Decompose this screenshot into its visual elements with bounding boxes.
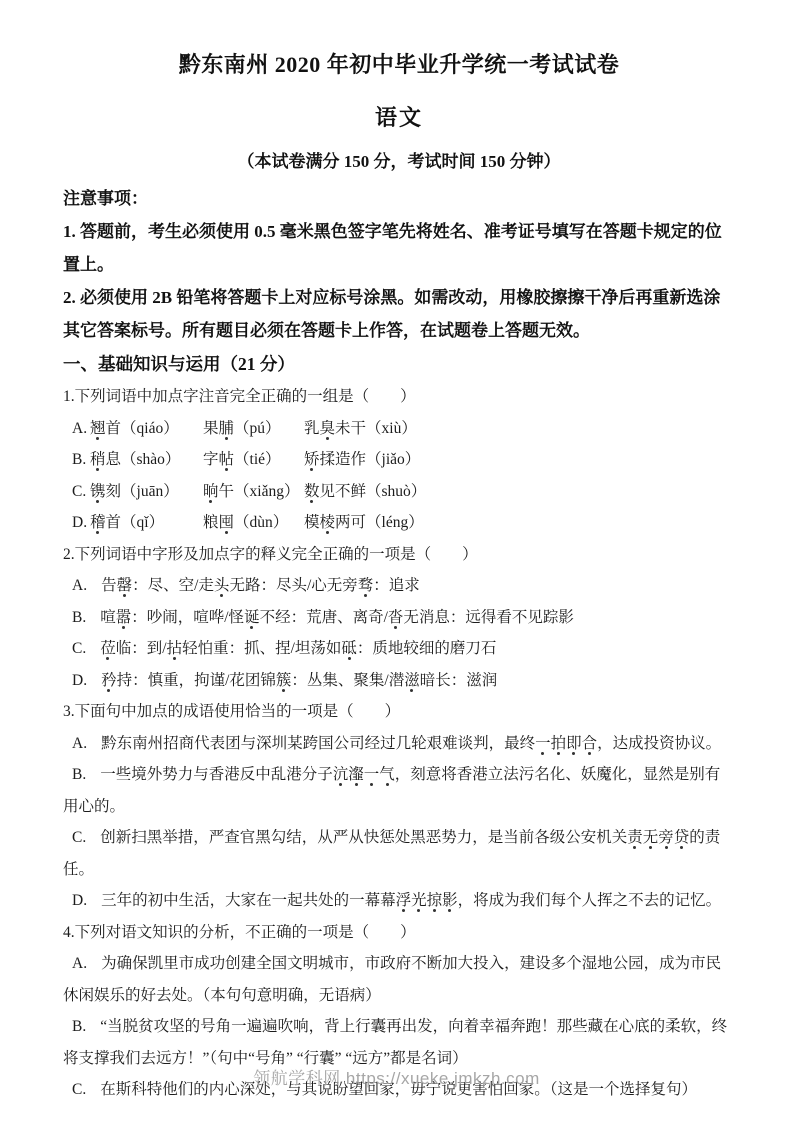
option-cell: 粮囤（dùn） — [203, 507, 304, 539]
option-text: 三年的初中生活，大家在一起共处的一幕幕浮光掠影，将成为我们每个人挥之不去的记忆。 — [101, 892, 721, 909]
option-text: 为确保凯里市成功创建全国文明城市，市政府不断加大投入，建设多个湿地公园，成为市民… — [63, 955, 721, 1004]
emphasized-char: 掠 — [427, 892, 443, 909]
option-row: A.为确保凯里市成功创建全国文明城市，市政府不断加大投入，建设多个湿地公园，成为… — [63, 948, 735, 1011]
emphasized-char: 滋 — [404, 672, 420, 689]
question-3: 3.下面句中加点的成语使用恰当的一项是（ ）A.黔东南州招商代表团与深圳某跨国公… — [63, 696, 735, 917]
emphasized-char: 脯 — [219, 420, 235, 437]
exam-meta: （本试卷满分 150 分，考试时间 150 分钟） — [63, 147, 735, 172]
option-text: 黔东南州招商代表团与深圳某跨国公司经过几轮艰难谈判，最终一拍即合，达成投资协议。 — [101, 735, 721, 752]
option-cell: 晌午（xiǎng） — [203, 476, 304, 508]
questions: 1.下列词语中加点字注音完全正确的一组是（ ）A.翘首（qiáo）果脯（pú）乳… — [63, 381, 735, 1106]
option-row: D.矜持：慎重，拘谨/花团锦簇：丛集、聚集/潜滋暗长：滋润 — [63, 665, 735, 697]
option-cell: 模棱两可（léng） — [304, 507, 424, 539]
emphasized-char: 一 — [364, 766, 380, 783]
option-cell: 稍息（shào） — [90, 444, 203, 476]
emphasized-char: 翘 — [90, 420, 106, 437]
option-row: C.镌刻（juān）晌午（xiǎng）数见不鲜（shuò） — [63, 476, 735, 508]
option-text: 一些境外势力与香港反中乱港分子沆瀣一气，刻意将香港立法污名化、妖魔化，显然是别有… — [63, 766, 720, 815]
option-label: A. — [72, 413, 90, 445]
question-stem: 1.下列词语中加点字注音完全正确的一组是（ ） — [63, 381, 735, 413]
emphasized-char: 数 — [304, 483, 320, 500]
emphasized-char: 嚣 — [116, 609, 132, 626]
option-row: C.创新扫黑举措，严查官黑勾结，从严从快惩处黑恶势力，是当前各级公安机关责无旁贷… — [63, 822, 735, 885]
question-stem: 4.下列对语文知识的分析，不正确的一项是（ ） — [63, 917, 735, 949]
emphasized-char: 稍 — [90, 451, 106, 468]
emphasized-char: 矜 — [101, 672, 117, 689]
emphasized-char: 贷 — [674, 829, 690, 846]
exam-page: 黔东南州 2020 年初中毕业升学统一考试试卷 语文 （本试卷满分 150 分，… — [0, 0, 793, 1122]
emphasized-char: 光 — [411, 892, 427, 909]
notice-item-1: 1. 答题前，考生必须使用 0.5 毫米黑色签字笔先将姓名、准考证号填写在答题卡… — [63, 215, 735, 281]
option-row: B.一些境外势力与香港反中乱港分子沆瀣一气，刻意将香港立法污名化、妖魔化，显然是… — [63, 759, 735, 822]
emphasized-char: 一 — [535, 735, 551, 752]
emphasized-char: 即 — [566, 735, 582, 752]
emphasized-char: 合 — [582, 735, 598, 752]
option-label: C. — [72, 829, 86, 846]
option-cell: 稽首（qǐ） — [90, 507, 203, 539]
option-cell: 字帖（tié） — [203, 444, 304, 476]
option-text: 告罄：尽、空/走头无路：尽头/心无旁骛：追求 — [101, 577, 420, 594]
option-label: D. — [72, 672, 87, 689]
option-label: A. — [72, 577, 87, 594]
option-label: B. — [72, 766, 86, 783]
emphasized-char: 矫 — [304, 451, 320, 468]
emphasized-char: 罄 — [117, 577, 133, 594]
watermark-text: 领航学科网 https://xueke.jmkzh.com — [253, 1069, 540, 1088]
emphasized-char: 拍 — [551, 735, 567, 752]
emphasized-char: 沆 — [333, 766, 349, 783]
emphasized-char: 沓 — [388, 609, 404, 626]
option-text: 喧嚣：吵闹，喧哗/怪诞不经：荒唐、离奇/沓无消息：远得看不见踪影 — [100, 609, 574, 626]
option-label: B. — [72, 609, 86, 626]
emphasized-char: 头 — [214, 577, 230, 594]
emphasized-char: 气 — [379, 766, 395, 783]
emphasized-char: 影 — [442, 892, 458, 909]
watermark: 领航学科网 https://xueke.jmkzh.com — [0, 1064, 793, 1089]
option-label: B. — [72, 444, 90, 476]
option-label: D. — [72, 507, 90, 539]
emphasized-char: 砥 — [341, 640, 357, 657]
question-stem: 2.下列词语中字形及加点字的释义完全正确的一项是（ ） — [63, 539, 735, 571]
option-cell: 翘首（qiáo） — [90, 413, 203, 445]
emphasized-char: 棱 — [320, 514, 336, 531]
emphasized-char: 晌 — [203, 483, 219, 500]
emphasized-char: 拈 — [167, 640, 183, 657]
option-cell: 果脯（pú） — [203, 413, 304, 445]
emphasized-char: 瀣 — [348, 766, 364, 783]
option-cell: 镌刻（juān） — [90, 476, 203, 508]
option-row: C.莅临：到/拈轻怕重：抓、捏/坦荡如砥：质地较细的磨刀石 — [63, 633, 735, 665]
question-2: 2.下列词语中字形及加点字的释义完全正确的一项是（ ）A.告罄：尽、空/走头无路… — [63, 539, 735, 697]
option-row: D.三年的初中生活，大家在一起共处的一幕幕浮光掠影，将成为我们每个人挥之不去的记… — [63, 885, 735, 917]
option-label: C. — [72, 476, 90, 508]
emphasized-char: 稽 — [90, 514, 106, 531]
question-1: 1.下列词语中加点字注音完全正确的一组是（ ）A.翘首（qiáo）果脯（pú）乳… — [63, 381, 735, 539]
option-row: B.喧嚣：吵闹，喧哗/怪诞不经：荒唐、离奇/沓无消息：远得看不见踪影 — [63, 602, 735, 634]
emphasized-char: 簇 — [276, 672, 292, 689]
emphasized-char: 骛 — [358, 577, 374, 594]
emphasized-char: 旁 — [658, 829, 674, 846]
emphasized-char: 囤 — [219, 514, 235, 531]
option-text: 创新扫黑举措，严查官黑勾结，从严从快惩处黑恶势力，是当前各级公安机关责无旁贷的责… — [63, 829, 720, 878]
emphasized-char: 责 — [627, 829, 643, 846]
option-label: B. — [72, 1018, 86, 1035]
option-label: D. — [72, 892, 87, 909]
option-row: A.告罄：尽、空/走头无路：尽头/心无旁骛：追求 — [63, 570, 735, 602]
option-cell: 乳臭未干（xiù） — [304, 413, 417, 445]
emphasized-char: 臭 — [320, 420, 336, 437]
option-cell: 数见不鲜（shuò） — [304, 476, 426, 508]
emphasized-char: 帖 — [219, 451, 235, 468]
emphasized-char: 莅 — [100, 640, 116, 657]
emphasized-char: 诞 — [244, 609, 260, 626]
option-text: “当脱贫攻坚的号角一遍遍吹响，背上行囊再出发，向着幸福奔跑！那些藏在心底的柔软，… — [63, 1018, 727, 1067]
emphasized-char: 无 — [643, 829, 659, 846]
option-cell: 矫揉造作（jiǎo） — [304, 444, 420, 476]
notice-heading: 注意事项： — [63, 182, 735, 215]
option-row: A.黔东南州招商代表团与深圳某跨国公司经过几轮艰难谈判，最终一拍即合，达成投资协… — [63, 728, 735, 760]
option-text: 莅临：到/拈轻怕重：抓、捏/坦荡如砥：质地较细的磨刀石 — [100, 640, 496, 657]
option-label: A. — [72, 955, 87, 972]
option-row: D.稽首（qǐ）粮囤（dùn）模棱两可（léng） — [63, 507, 735, 539]
section-title: 一、基础知识与运用（21 分） — [63, 347, 735, 381]
emphasized-char: 镌 — [90, 483, 106, 500]
emphasized-char: 浮 — [396, 892, 412, 909]
option-row: B.稍息（shào）字帖（tié）矫揉造作（jiǎo） — [63, 444, 735, 476]
option-row: A.翘首（qiáo）果脯（pú）乳臭未干（xiù） — [63, 413, 735, 445]
notice-item-2: 2. 必须使用 2B 铅笔将答题卡上对应标号涂黑。如需改动，用橡胶擦擦干净后再重… — [63, 281, 735, 347]
question-stem: 3.下面句中加点的成语使用恰当的一项是（ ） — [63, 696, 735, 728]
subject-title: 语文 — [63, 101, 735, 132]
option-label: A. — [72, 735, 87, 752]
option-label: C. — [72, 640, 86, 657]
option-text: 矜持：慎重，拘谨/花团锦簇：丛集、聚集/潜滋暗长：滋润 — [101, 672, 497, 689]
exam-title: 黔东南州 2020 年初中毕业升学统一考试试卷 — [63, 48, 735, 79]
